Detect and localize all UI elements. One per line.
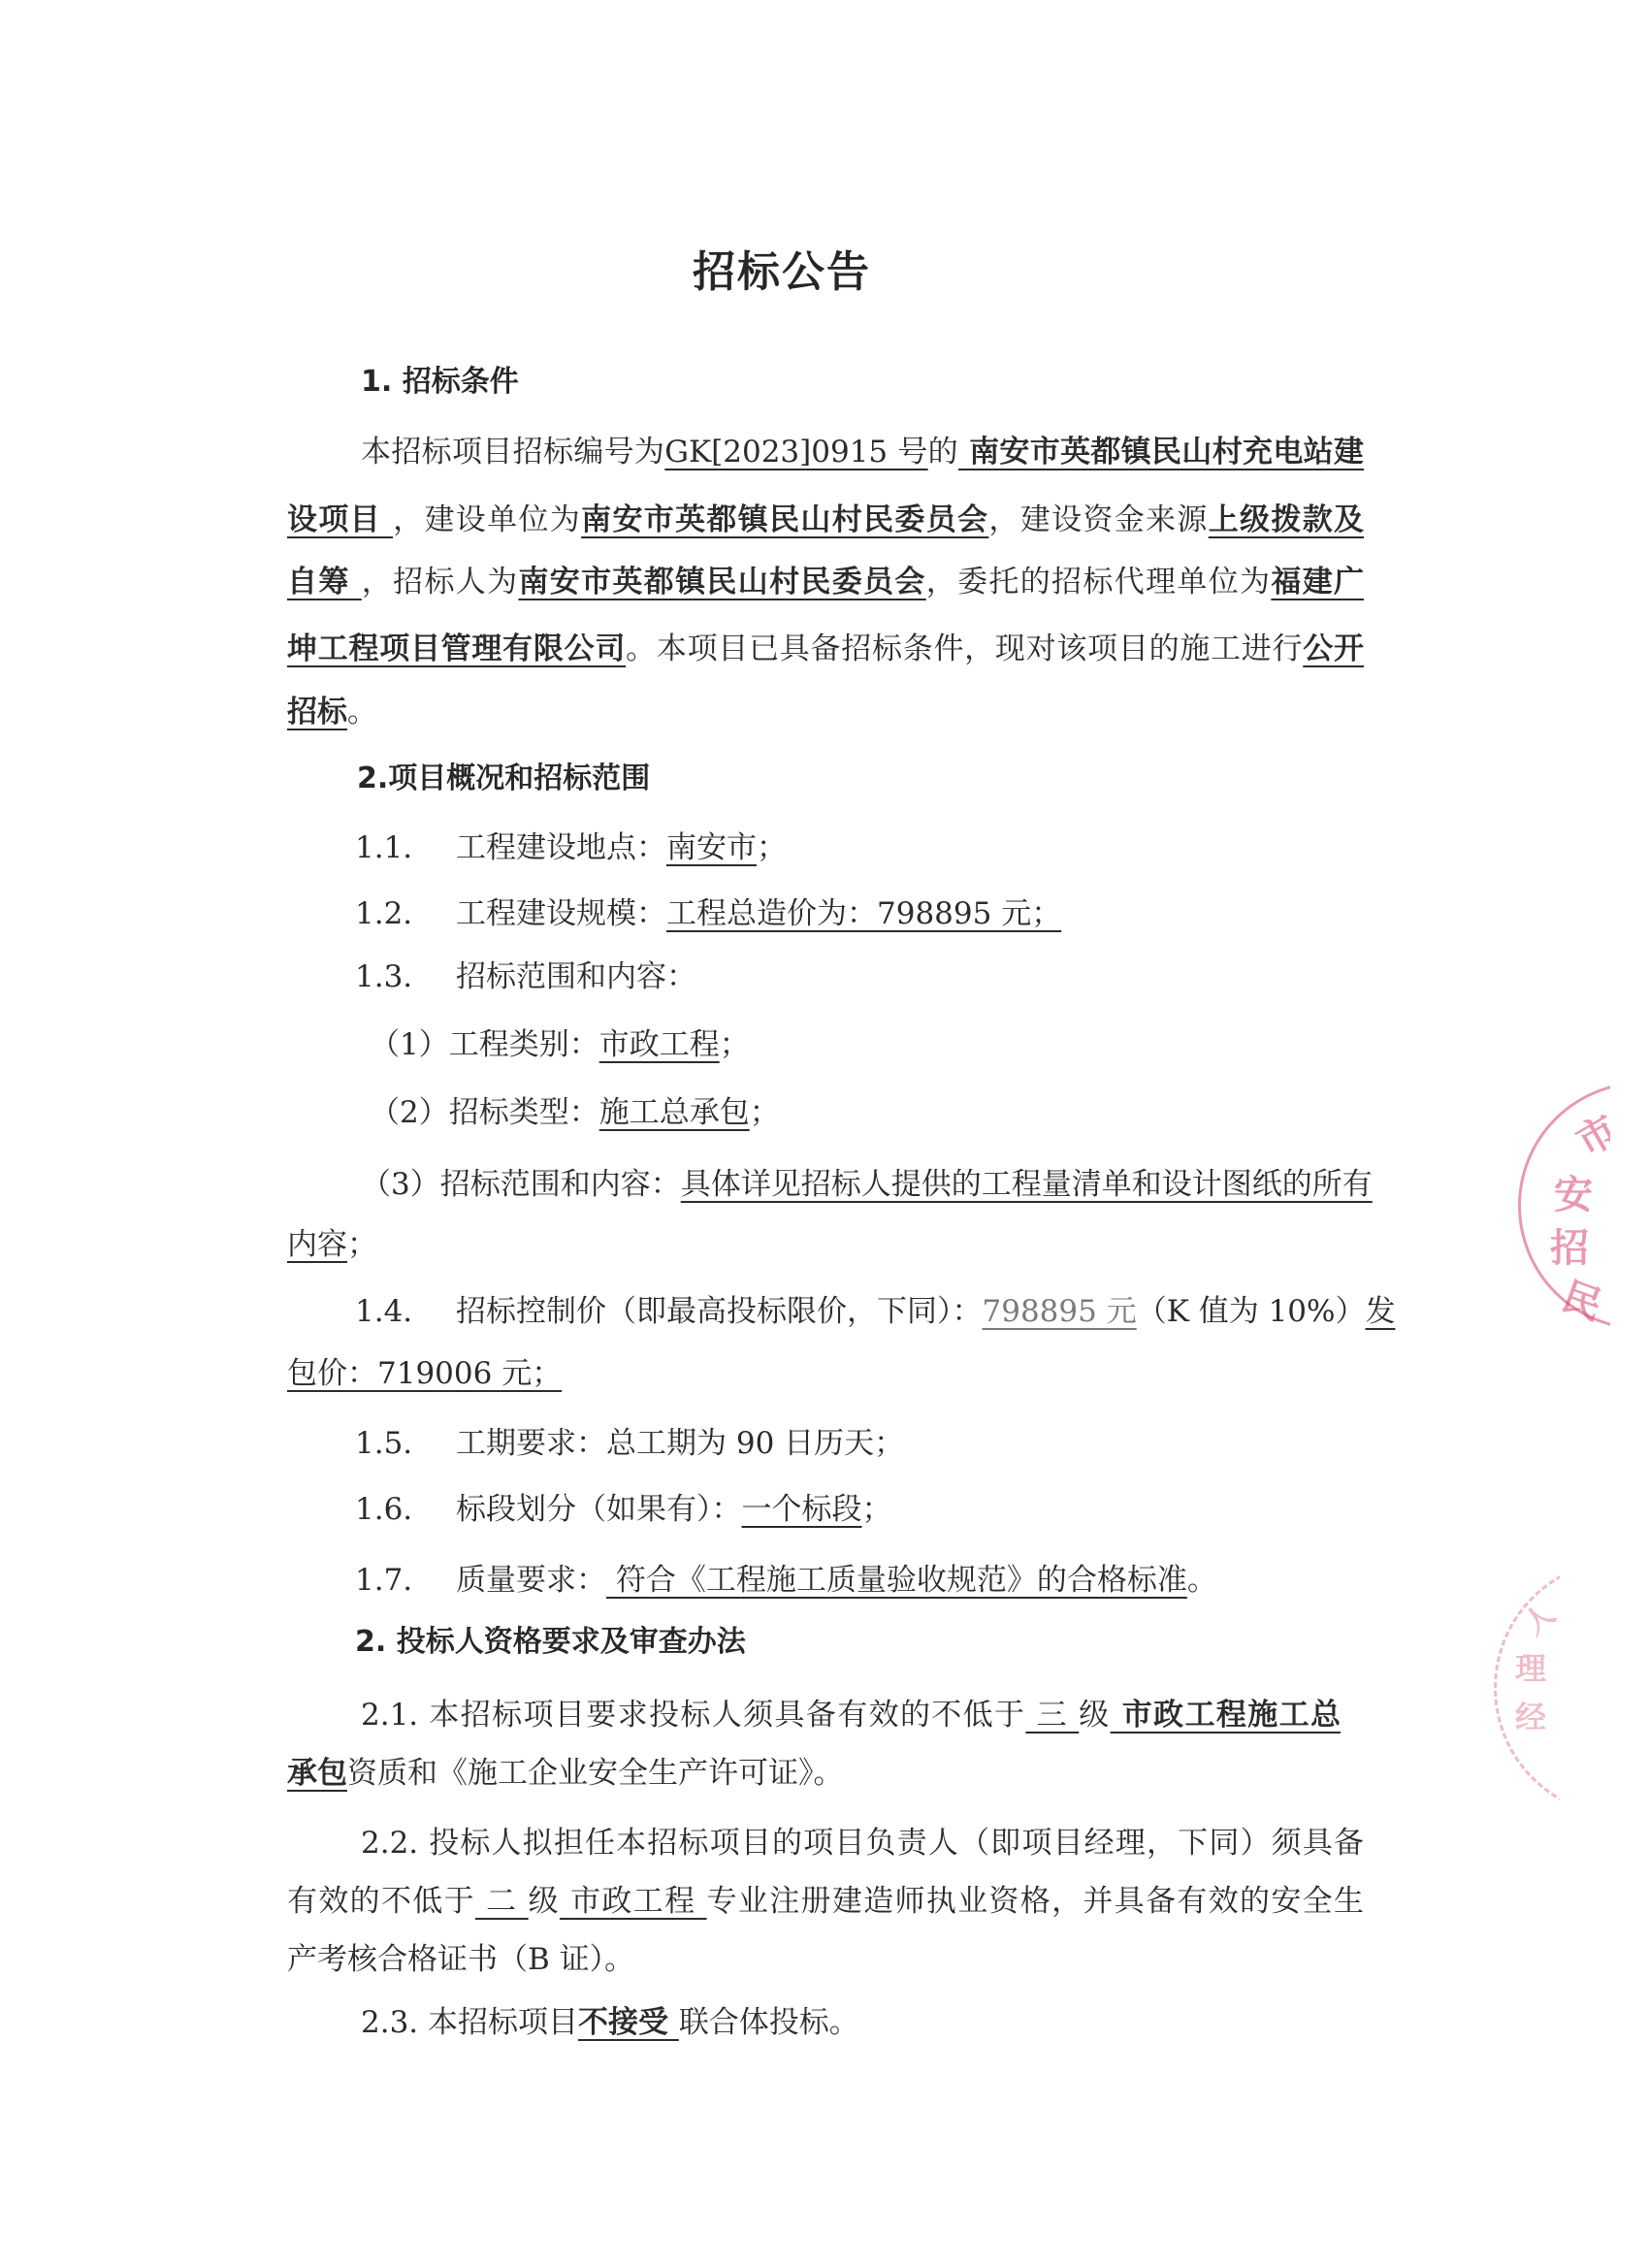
grade: 三: [1025, 1698, 1079, 1733]
tender-number: GK[2023]0915 号: [664, 435, 927, 470]
item-2-2: 2.2. 投标人拟担任本招标项目的项目负责人（即项目经理，下同）须具备: [361, 1824, 1364, 1863]
text: 。: [347, 695, 377, 729]
item-label: 工期要求：: [456, 1426, 606, 1461]
item-number: 1.6.: [355, 1490, 456, 1529]
item-2-3: 2.3. 本招标项目不接受 联合体投标。: [361, 2003, 859, 2042]
section-heading-1: 1. 招标条件: [361, 363, 519, 402]
item-label: （1）工程类别：: [370, 1027, 599, 1062]
item-number: 1.5.: [355, 1424, 456, 1463]
text: 联合体投标。: [679, 2005, 859, 2040]
item-1-4-cont: 包价：719006 元；: [287, 1354, 562, 1393]
control-price: 798895 元: [983, 1294, 1137, 1329]
qualification-cont: 承包: [287, 1756, 347, 1791]
item-label: 工程建设地点：: [456, 830, 666, 865]
construction-unit: 南安市英都镇民山村民委员会: [581, 502, 988, 537]
seal-char: 经: [1515, 1693, 1546, 1737]
text: ，招标人为: [362, 565, 519, 599]
item-2-2-cont: 有效的不低于 二 级 市政工程 专业注册建造师执业资格，并具备有效的安全生: [287, 1882, 1364, 1921]
tender-method-cont: 招标: [287, 695, 347, 729]
paragraph-line: 本招标项目招标编号为GK[2023]0915 号的 南安市英都镇民山村充电站建: [361, 433, 1364, 471]
text: 本招标项目招标编号为: [361, 435, 664, 470]
text: 的: [928, 435, 958, 470]
item-1-5: 1.5.工期要求：总工期为 90 日历天；: [355, 1424, 904, 1463]
agency: 福建广: [1271, 565, 1364, 599]
text: 有效的不低于: [287, 1884, 475, 1919]
item-number: 1.7.: [355, 1561, 456, 1600]
item-label: 标段划分（如果有）：: [456, 1492, 742, 1527]
item-label: 质量要求：: [456, 1563, 606, 1598]
project-name-cont: 设项目: [287, 502, 393, 537]
seal-char: 理: [1515, 1644, 1546, 1689]
item-1-2: 1.2.工程建设规模：工程总造价为：798895 元；: [355, 894, 1061, 933]
item-value: 南安市: [666, 830, 757, 865]
text: ；: [757, 830, 787, 865]
sub-item-2: （2）招标类型：施工总承包；: [370, 1093, 780, 1132]
item-number: 2.3.: [361, 2005, 418, 2040]
item-label: 招标控制价（即最高投标限价，下同）：: [456, 1294, 983, 1329]
item-1-4: 1.4.招标控制价（即最高投标限价，下同）：798895 元（K 值为 10%）…: [355, 1292, 1364, 1331]
contract-price-start: 发: [1365, 1294, 1395, 1329]
page-title: 招标公告: [0, 237, 1564, 299]
text: 。本项目已具备招标条件，现对该项目的施工进行: [626, 632, 1303, 666]
sub-item-1: （1）工程类别：市政工程；: [370, 1025, 750, 1064]
item-label: 招标范围和内容：: [456, 959, 696, 994]
item-label: （2）招标类型：: [370, 1095, 599, 1130]
item-value: 施工总承包: [599, 1095, 750, 1130]
text: ；: [862, 1492, 892, 1527]
item-number: 1.3.: [355, 957, 456, 996]
item-number: 1.2.: [355, 894, 456, 933]
item-1-6: 1.6.标段划分（如果有）：一个标段；: [355, 1490, 892, 1529]
tenderer: 南安市英都镇民山村民委员会: [518, 565, 925, 599]
item-value: 总工期为 90 日历天；: [606, 1426, 904, 1461]
text: 级: [1079, 1698, 1110, 1733]
item-label: 工程建设规模：: [456, 896, 666, 931]
text: 。: [1187, 1563, 1217, 1598]
seal-top: 市 安 招 民: [1494, 1067, 1610, 1348]
item-number: 1.4.: [355, 1292, 456, 1331]
item-value: 市政工程: [599, 1027, 720, 1062]
fund-source-cont: 自筹: [287, 565, 362, 599]
paragraph-line: 自筹 ，招标人为南安市英都镇民山村民委员会，委托的招标代理单位为福建广: [287, 563, 1364, 601]
item-1-3: 1.3.招标范围和内容：: [355, 957, 696, 996]
item-value: 一个标段: [742, 1492, 862, 1527]
qualification: 市政工程施工总: [1111, 1698, 1341, 1733]
item-2-1-cont: 承包资质和《施工企业安全生产许可证》。: [287, 1754, 844, 1793]
fund-source: 上级拨款及: [1209, 502, 1364, 537]
agency-cont: 坤工程项目管理有限公司: [287, 632, 626, 666]
text: ，建设资金来源: [988, 502, 1208, 537]
item-1-1: 1.1.工程建设地点：南安市；: [355, 828, 787, 867]
text: 投标人拟担任本招标项目的项目负责人（即项目经理，下同）须具备: [429, 1826, 1364, 1861]
paragraph-line: 招标。: [287, 693, 377, 731]
text: ；: [347, 1227, 377, 1262]
sub-item-3: （3）招标范围和内容：具体详见招标人提供的工程量清单和设计图纸的所有: [361, 1165, 1364, 1204]
item-value: 具体详见招标人提供的工程量清单和设计图纸的所有: [681, 1167, 1373, 1202]
paragraph-line: 坤工程项目管理有限公司。本项目已具备招标条件，现对该项目的施工进行公开: [287, 630, 1364, 668]
item-value-cont: 内容: [287, 1227, 347, 1262]
text: ，建设单位为: [393, 502, 581, 537]
seal-bottom: 人 理 经: [1484, 1547, 1560, 1829]
paragraph-line: 设项目 ，建设单位为南安市英都镇民山村民委员会，建设资金来源上级拨款及: [287, 501, 1364, 539]
text: ；: [750, 1095, 780, 1130]
k-value: （K 值为 10%）: [1137, 1294, 1366, 1329]
grade: 二: [475, 1884, 529, 1919]
text: ，委托的招标代理单位为: [926, 565, 1272, 599]
text: 级: [529, 1884, 560, 1919]
item-value: 工程总造价为：798895 元；: [666, 896, 1061, 931]
item-label: （3）招标范围和内容：: [361, 1167, 681, 1202]
text: 本招标项目要求投标人须具备有效的不低于: [429, 1698, 1025, 1733]
item-2-2-cont2: 产考核合格证书（B 证）。: [287, 1940, 634, 1979]
text: 资质和《施工企业安全生产许可证》。: [347, 1756, 844, 1791]
text: 产考核合格证书（B 证）。: [287, 1942, 634, 1977]
contract-price: 包价：719006 元；: [287, 1356, 562, 1391]
consortium-policy: 不接受: [578, 2005, 679, 2040]
item-number: 2.1.: [361, 1698, 418, 1733]
text: 专业注册建造师执业资格，并具备有效的安全生: [707, 1884, 1364, 1919]
text: 本招标项目: [428, 2005, 578, 2040]
item-1-7: 1.7.质量要求： 符合《工程施工质量验收规范》的合格标准。: [355, 1561, 1217, 1600]
seal-char: 安: [1554, 1164, 1593, 1219]
project-name: 南安市英都镇民山村充电站建: [958, 435, 1364, 470]
specialty: 市政工程: [560, 1884, 707, 1919]
item-number: 1.1.: [355, 828, 456, 867]
tender-method: 公开: [1303, 632, 1364, 666]
seal-char: 招: [1550, 1217, 1589, 1273]
section-heading-3: 2. 投标人资格要求及审查办法: [355, 1623, 746, 1662]
item-2-1: 2.1. 本招标项目要求投标人须具备有效的不低于 三 级 市政工程施工总: [361, 1696, 1341, 1734]
sub-item-3-cont: 内容；: [287, 1225, 377, 1264]
item-value: 符合《工程施工质量验收规范》的合格标准: [606, 1563, 1187, 1598]
item-number: 2.2.: [361, 1826, 418, 1861]
section-heading-2: 2.项目概况和招标范围: [357, 760, 650, 798]
text: ；: [720, 1027, 750, 1062]
